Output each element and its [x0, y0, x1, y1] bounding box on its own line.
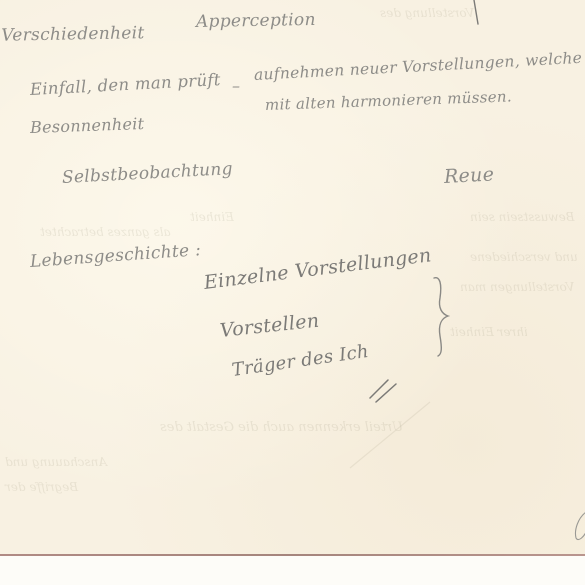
handwritten-besonnenheit: Besonnenheit [30, 114, 145, 137]
handwritten-reue: Reue [443, 163, 494, 188]
handwritten-selbstbeobachtung: Selbstbeobachtung [61, 159, 233, 188]
paper-crease [330, 400, 450, 480]
bleed-through-text: ihrer Einheit [450, 325, 528, 339]
handwritten-list-item: Träger des Ich [231, 341, 371, 381]
background-margin [0, 556, 585, 585]
handwritten-heading-apperception: Apperception [196, 10, 316, 32]
bleed-through-text: Einheit [190, 210, 234, 224]
bleed-through-text: Vorstellung des [380, 6, 474, 20]
pencil-stroke-mark [472, 0, 482, 30]
handwritten-list-item: Einzelne Vorstellungen [203, 244, 433, 294]
curly-brace-mark [428, 270, 458, 360]
bleed-through-text: Begriffe der [5, 480, 78, 494]
bleed-through-text: Vorstellungen man [460, 280, 574, 294]
double-slash-mark [366, 370, 400, 404]
handwritten-line-aufnehmen: aufnehmen neuer Vorstellungen, welche [254, 49, 583, 84]
bleed-through-text: und verschiedene [470, 250, 578, 264]
handwritten-dash: – [232, 76, 240, 95]
bleed-through-text: als ganzes betrachtet [40, 225, 171, 239]
handwritten-list-item: Vorstellen [219, 310, 321, 342]
manuscript-page: Vorstellung des Einheit als ganzes betra… [0, 0, 585, 555]
bleed-through-text: Anschauung und [5, 455, 107, 469]
partial-letter-mark [572, 510, 585, 544]
handwritten-lebensgeschichte: Lebensgeschichte : [29, 240, 201, 272]
bleed-through-text: Bewusstsein sein [470, 210, 575, 224]
handwritten-line-einfall: Einfall, den man prüft [30, 70, 222, 99]
handwritten-line-harmonieren: mit alten harmonieren müssen. [265, 87, 512, 114]
handwritten-fragment-left: …Verschiedenheit [0, 23, 145, 46]
